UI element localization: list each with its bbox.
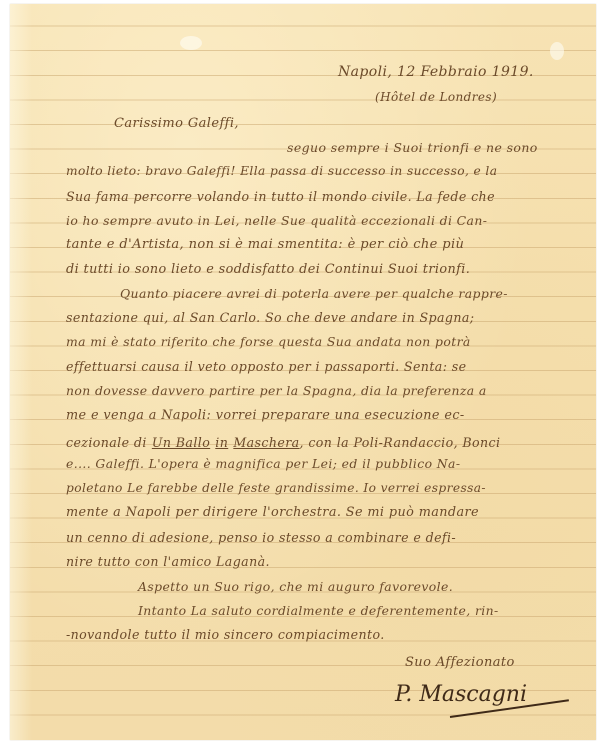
paper-stain (180, 36, 202, 50)
place-date: Napoli, 12 Febbraio 1919. (338, 64, 534, 80)
body-line: effettuarsi causa il veto opposto per i … (66, 359, 466, 374)
body-line: poletano Le farebbe delle feste grandiss… (66, 481, 486, 495)
body-line: un cenno di adesione, penso io stesso a … (66, 530, 456, 545)
opera-title-part: Maschera (233, 435, 299, 450)
body-line: me e venga a Napoli: vorrei preparare un… (66, 408, 465, 423)
body-line: Sua fama percorre volando in tutto il mo… (66, 189, 495, 204)
body-line: seguo sempre i Suoi trionfi e ne sono (287, 140, 538, 155)
body-line: tante e d'Artista, non si è mai smentita… (66, 237, 464, 252)
signature: P. Mascagni (395, 682, 527, 707)
body-line: Aspetto un Suo rigo, che mi auguro favor… (138, 579, 453, 594)
body-line: -novandole tutto il mio sincero compiaci… (66, 627, 385, 642)
body-text: , con la Poli-Randaccio, Bonci (300, 435, 501, 450)
body-line: molto lieto: bravo Galeffi! Ella passa d… (66, 164, 497, 178)
body-line-opera: cezionale di Un Ballo in Maschera, con l… (66, 432, 500, 451)
body-line: Intanto La saluto cordialmente e deferen… (138, 603, 499, 618)
letter-paper: Napoli, 12 Febbraio 1919. (Hôtel de Lond… (10, 4, 596, 740)
body-line: e.... Galeffi. L'opera è magnifica per L… (66, 456, 460, 471)
body-line: sentazione qui, al San Carlo. So che dev… (66, 310, 474, 325)
body-line: non dovesse davvero partire per la Spagn… (66, 383, 487, 398)
closing: Suo Affezionato (405, 655, 515, 670)
body-line: nire tutto con l'amico Laganà. (66, 554, 270, 569)
body-line: io ho sempre avuto in Lei, nelle Sue qua… (66, 213, 487, 228)
paper-stain (550, 42, 564, 60)
body-line: ma mi è stato riferito che forse questa … (66, 334, 471, 349)
salutation: Carissimo Galeffi, (114, 116, 239, 131)
opera-title-part: Un Ballo (152, 435, 210, 450)
opera-title-part: in (215, 435, 228, 450)
body-line: mente a Napoli per dirigere l'orchestra.… (66, 505, 479, 520)
body-line: di tutti io sono lieto e soddisfatto dei… (66, 262, 470, 277)
body-text: cezionale di (66, 435, 147, 450)
body-line: Quanto piacere avrei di poterla avere pe… (120, 286, 508, 301)
hotel-name: (Hôtel de Londres) (375, 90, 497, 104)
